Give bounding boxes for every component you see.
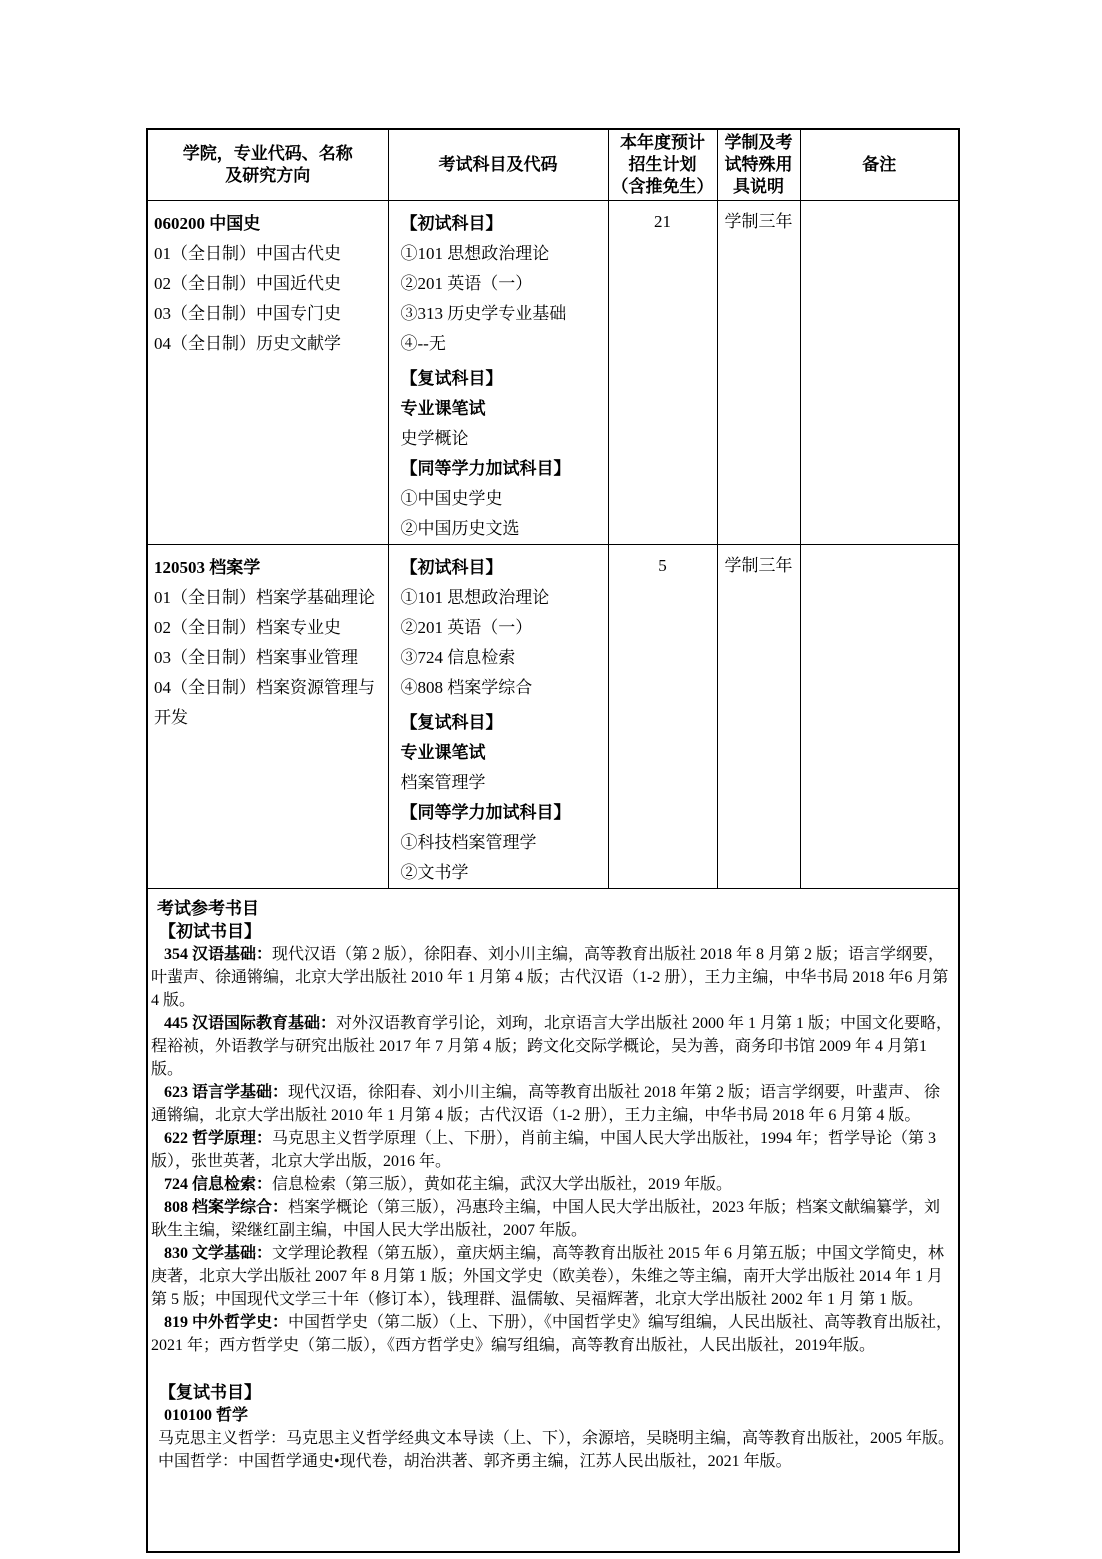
header-exam-subjects: 考试科目及代码 bbox=[388, 129, 608, 201]
header-college-program: 学院，专业代码、名称 及研究方向 bbox=[147, 129, 388, 201]
subject-line: 专业课笔试 bbox=[401, 394, 604, 424]
subject-line: ②中国历史文选 bbox=[401, 514, 604, 544]
subject-line: 【初试科目】 bbox=[401, 553, 604, 583]
subject-line: ③313 历史学专业基础 bbox=[401, 299, 604, 329]
subject-line: ①中国史学史 bbox=[401, 484, 604, 514]
subjects-cell: 【初试科目】 ①101 思想政治理论 ②201 英语（一） ③313 历史学专业… bbox=[388, 201, 608, 545]
subject-line: ④808 档案学综合 bbox=[401, 673, 604, 703]
program-code-title: 060200 中国史 bbox=[154, 209, 384, 239]
book-code-label: 724 信息检索： bbox=[164, 1176, 272, 1193]
book-code-label: 354 汉语基础： bbox=[164, 946, 272, 963]
subject-line: 【同等学力加试科目】 bbox=[401, 454, 604, 484]
subject-line: 专业课笔试 bbox=[401, 738, 604, 768]
book-item: 830 文学基础：文学理论教程（第五版），童庆炳主编，高等教育出版社 2015 … bbox=[151, 1242, 954, 1311]
book-item: 354 汉语基础：现代汉语（第 2 版），徐阳春、刘小川主编，高等教育出版社 2… bbox=[151, 943, 954, 1012]
quota-value: 5 bbox=[608, 545, 717, 889]
book-code-label: 622 哲学原理： bbox=[164, 1130, 272, 1147]
book-desc: 信息检索（第三版），黄如花主编，武汉大学出版社，2019 年版。 bbox=[272, 1176, 732, 1193]
direction-item: 02（全日制）档案专业史 bbox=[154, 613, 384, 643]
remark-cell bbox=[800, 201, 959, 545]
subject-line: 【复试科目】 bbox=[401, 708, 604, 738]
subject-line: ②201 英语（一） bbox=[401, 613, 604, 643]
subject-line: ③724 信息检索 bbox=[401, 643, 604, 673]
book-code-label: 819 中外哲学史： bbox=[164, 1314, 288, 1331]
direction-item: 04（全日制）档案资源管理与开发 bbox=[154, 673, 384, 733]
reference-books-title: 考试参考书目 bbox=[151, 897, 954, 920]
book-code-label: 830 文学基础： bbox=[164, 1245, 272, 1262]
subject-line: 档案管理学 bbox=[401, 768, 604, 798]
subject-line: ①101 思想政治理论 bbox=[401, 239, 604, 269]
reference-books-row: 考试参考书目 【初试书目】 354 汉语基础：现代汉语（第 2 版），徐阳春、刘… bbox=[147, 889, 959, 1552]
header-enrollment-plan: 本年度预计 招生计划 （含推免生） bbox=[608, 129, 717, 201]
subject-line: 史学概论 bbox=[401, 424, 604, 454]
subject-line: 【同等学力加试科目】 bbox=[401, 798, 604, 828]
retest-book-item: 马克思主义哲学：马克思主义哲学经典文本导读（上、下），余源培，吴晓明主编，高等教… bbox=[151, 1427, 954, 1450]
retest-book-item: 中国哲学：中国哲学通史•现代卷，胡治洪著、郭齐勇主编，江苏人民出版社，2021 … bbox=[151, 1450, 954, 1473]
subject-line: ④--无 bbox=[401, 329, 604, 359]
subject-line: ②文书学 bbox=[401, 858, 604, 888]
retest-books-heading: 【复试书目】 bbox=[151, 1381, 954, 1404]
duration-value: 学制三年 bbox=[717, 201, 800, 545]
subject-line: 【初试科目】 bbox=[401, 209, 604, 239]
header-remarks: 备注 bbox=[800, 129, 959, 201]
book-code-label: 808 档案学综合： bbox=[164, 1199, 288, 1216]
direction-item: 01（全日制）档案学基础理论 bbox=[154, 583, 384, 613]
direction-item: 03（全日制）中国专门史 bbox=[154, 299, 384, 329]
direction-item: 02（全日制）中国近代史 bbox=[154, 269, 384, 299]
subjects-cell: 【初试科目】 ①101 思想政治理论 ②201 英语（一） ③724 信息检索 … bbox=[388, 545, 608, 889]
retest-program-title: 010100 哲学 bbox=[151, 1404, 954, 1427]
subject-line: ①101 思想政治理论 bbox=[401, 583, 604, 613]
book-item: 808 档案学综合：档案学概论（第三版），冯惠玲主编，中国人民大学出版社，202… bbox=[151, 1196, 954, 1242]
duration-value: 学制三年 bbox=[717, 545, 800, 889]
book-item: 445 汉语国际教育基础：对外汉语教育学引论，刘珣，北京语言大学出版社 2000… bbox=[151, 1012, 954, 1081]
program-cell: 120503 档案学 01（全日制）档案学基础理论 02（全日制）档案专业史 0… bbox=[147, 545, 388, 889]
quota-value: 21 bbox=[608, 201, 717, 545]
book-item: 622 哲学原理：马克思主义哲学原理（上、下册），肖前主编，中国人民大学出版社，… bbox=[151, 1127, 954, 1173]
book-item: 623 语言学基础：现代汉语，徐阳春、刘小川主编，高等教育出版社 2018 年第… bbox=[151, 1081, 954, 1127]
initial-books-heading: 【初试书目】 bbox=[151, 920, 954, 943]
book-code-label: 623 语言学基础： bbox=[164, 1084, 288, 1101]
book-code-label: 445 汉语国际教育基础： bbox=[164, 1015, 336, 1032]
program-cell: 060200 中国史 01（全日制）中国古代史 02（全日制）中国近代史 03（… bbox=[147, 201, 388, 545]
book-item: 724 信息检索：信息检索（第三版），黄如花主编，武汉大学出版社，2019 年版… bbox=[151, 1173, 954, 1196]
table-row: 120503 档案学 01（全日制）档案学基础理论 02（全日制）档案专业史 0… bbox=[147, 545, 959, 889]
program-code-title: 120503 档案学 bbox=[154, 553, 384, 583]
subject-line: ①科技档案管理学 bbox=[401, 828, 604, 858]
table-header-row: 学院，专业代码、名称 及研究方向 考试科目及代码 本年度预计 招生计划 （含推免… bbox=[147, 129, 959, 201]
reference-books-section: 考试参考书目 【初试书目】 354 汉语基础：现代汉语（第 2 版），徐阳春、刘… bbox=[147, 889, 959, 1552]
table-row: 060200 中国史 01（全日制）中国古代史 02（全日制）中国近代史 03（… bbox=[147, 201, 959, 545]
header-duration-tools: 学制及考 试特殊用 具说明 bbox=[717, 129, 800, 201]
direction-item: 01（全日制）中国古代史 bbox=[154, 239, 384, 269]
direction-item: 03（全日制）档案事业管理 bbox=[154, 643, 384, 673]
direction-item: 04（全日制）历史文献学 bbox=[154, 329, 384, 359]
document-page: 学院，专业代码、名称 及研究方向 考试科目及代码 本年度预计 招生计划 （含推免… bbox=[0, 0, 1102, 1559]
remark-cell bbox=[800, 545, 959, 889]
subject-line: 【复试科目】 bbox=[401, 364, 604, 394]
admissions-table: 学院，专业代码、名称 及研究方向 考试科目及代码 本年度预计 招生计划 （含推免… bbox=[146, 128, 960, 1553]
subject-line: ②201 英语（一） bbox=[401, 269, 604, 299]
book-item: 819 中外哲学史：中国哲学史（第二版）（上、下册），《中国哲学史》编写组编，人… bbox=[151, 1311, 954, 1357]
